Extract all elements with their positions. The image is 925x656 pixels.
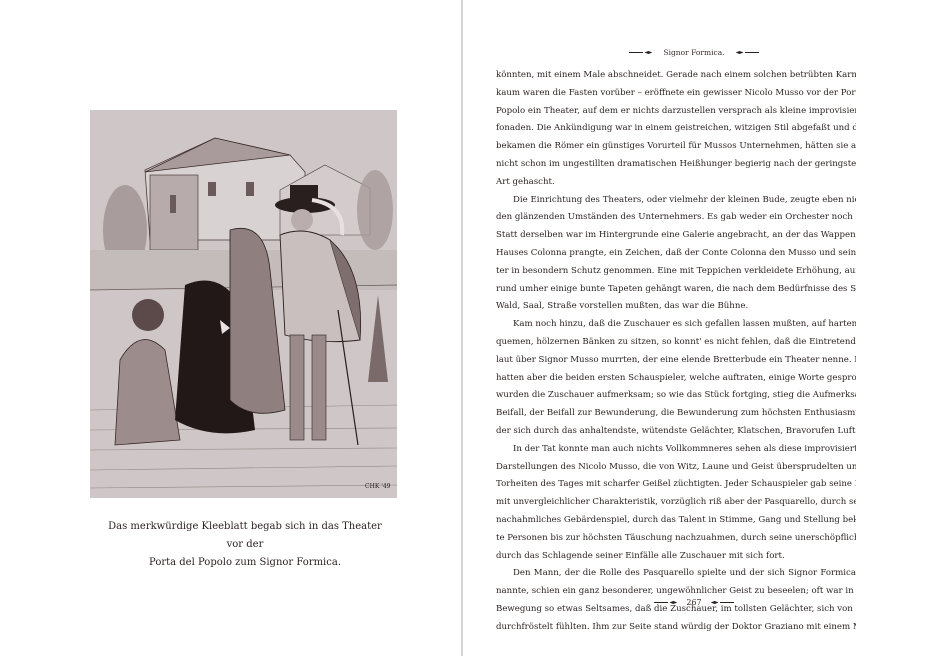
text-line: Beifall, der Beifall zur Bewunderung, di… — [496, 405, 856, 423]
book-spread: CHK '49 Das merkwürdige Kleeblatt begab … — [0, 0, 925, 656]
text-line: Darstellungen des Nicolo Musso, die von … — [496, 459, 856, 477]
text-line: Den Mann, der die Rolle des Pasquarello … — [496, 565, 856, 583]
text-line: Wald, Saal, Straße vorstellen mußten, da… — [496, 298, 856, 316]
text-line: Popolo ein Theater, auf dem er nichts da… — [496, 103, 856, 121]
text-line: Statt derselben war im Hintergrunde eine… — [496, 227, 856, 245]
text-line: quemen, hölzernen Bänken zu sitzen, so k… — [496, 334, 856, 352]
text-line: ter in besondern Schutz genommen. Eine m… — [496, 263, 856, 281]
text-line: kaum waren die Fasten vorüber – eröffnet… — [496, 85, 856, 103]
ornament-right-icon — [735, 51, 759, 54]
illustration-engraving: CHK '49 — [90, 110, 397, 498]
text-line: nicht schon im ungestillten dramatischen… — [496, 156, 856, 174]
engraving-image: CHK '49 — [90, 110, 397, 498]
text-line: hatten aber die beiden ersten Schauspiel… — [496, 370, 856, 388]
paragraph: Die Einrichtung des Theaters, oder vielm… — [496, 192, 856, 317]
text-line: durch das Schlagende seiner Einfälle all… — [496, 548, 856, 566]
text-line: den glänzenden Umständen des Unternehmer… — [496, 209, 856, 227]
text-line: Art gehascht. — [496, 174, 856, 192]
illustration-caption: Das merkwürdige Kleeblatt begab sich in … — [100, 518, 390, 572]
text-line: te Personen bis zur höchsten Täuschung n… — [496, 530, 856, 548]
text-line: wurden die Zuschauer aufmerksam; so wie … — [496, 387, 856, 405]
text-line: mit unvergleichlicher Charakteristik, vo… — [496, 494, 856, 512]
folio-ornament-right-icon — [710, 601, 734, 604]
paragraph: Kam noch hinzu, daß die Zuschauer es sic… — [496, 316, 856, 441]
paragraph: In der Tat konnte man auch nichts Vollko… — [496, 441, 856, 566]
caption-line-2: Porta del Popolo zum Signor Formica. — [100, 554, 390, 572]
text-line: In der Tat konnte man auch nichts Vollko… — [496, 441, 856, 459]
text-line: rund umher einige bunte Tapeten gehängt … — [496, 281, 856, 299]
text-line: durchfröstelt fühlten. Ihm zur Seite sta… — [496, 619, 856, 637]
running-head: Signor Formica. — [463, 48, 925, 57]
ornament-left-icon — [629, 51, 653, 54]
body-text: könnten, mit einem Male abschneidet. Ger… — [496, 67, 856, 637]
text-line: laut über Signor Musso murrten, der eine… — [496, 352, 856, 370]
folio-ornament-left-icon — [654, 601, 678, 604]
left-page: CHK '49 Das merkwürdige Kleeblatt begab … — [0, 0, 462, 656]
text-line: nachahmliches Gebärdenspiel, durch das T… — [496, 512, 856, 530]
text-line: bekamen die Römer ein günstiges Vorurtei… — [496, 138, 856, 156]
paragraph: könnten, mit einem Male abschneidet. Ger… — [496, 67, 856, 192]
text-line: könnten, mit einem Male abschneidet. Ger… — [496, 67, 856, 85]
text-line: Kam noch hinzu, daß die Zuschauer es sic… — [496, 316, 856, 334]
text-line: der sich durch das anhaltendste, wütends… — [496, 423, 856, 441]
page-footer: 267 — [463, 598, 925, 607]
engraver-signature: CHK '49 — [365, 483, 391, 490]
text-line: fonaden. Die Ankündigung war in einem ge… — [496, 120, 856, 138]
text-line: Hauses Colonna prangte, ein Zeichen, daß… — [496, 245, 856, 263]
right-page: Signor Formica. könnten, mit einem Male … — [463, 0, 925, 656]
page-number: 267 — [686, 598, 701, 607]
running-head-title: Signor Formica. — [663, 48, 724, 57]
text-line: Torheiten des Tages mit scharfer Geißel … — [496, 476, 856, 494]
text-line: Die Einrichtung des Theaters, oder vielm… — [496, 192, 856, 210]
caption-line-1: Das merkwürdige Kleeblatt begab sich in … — [100, 518, 390, 554]
